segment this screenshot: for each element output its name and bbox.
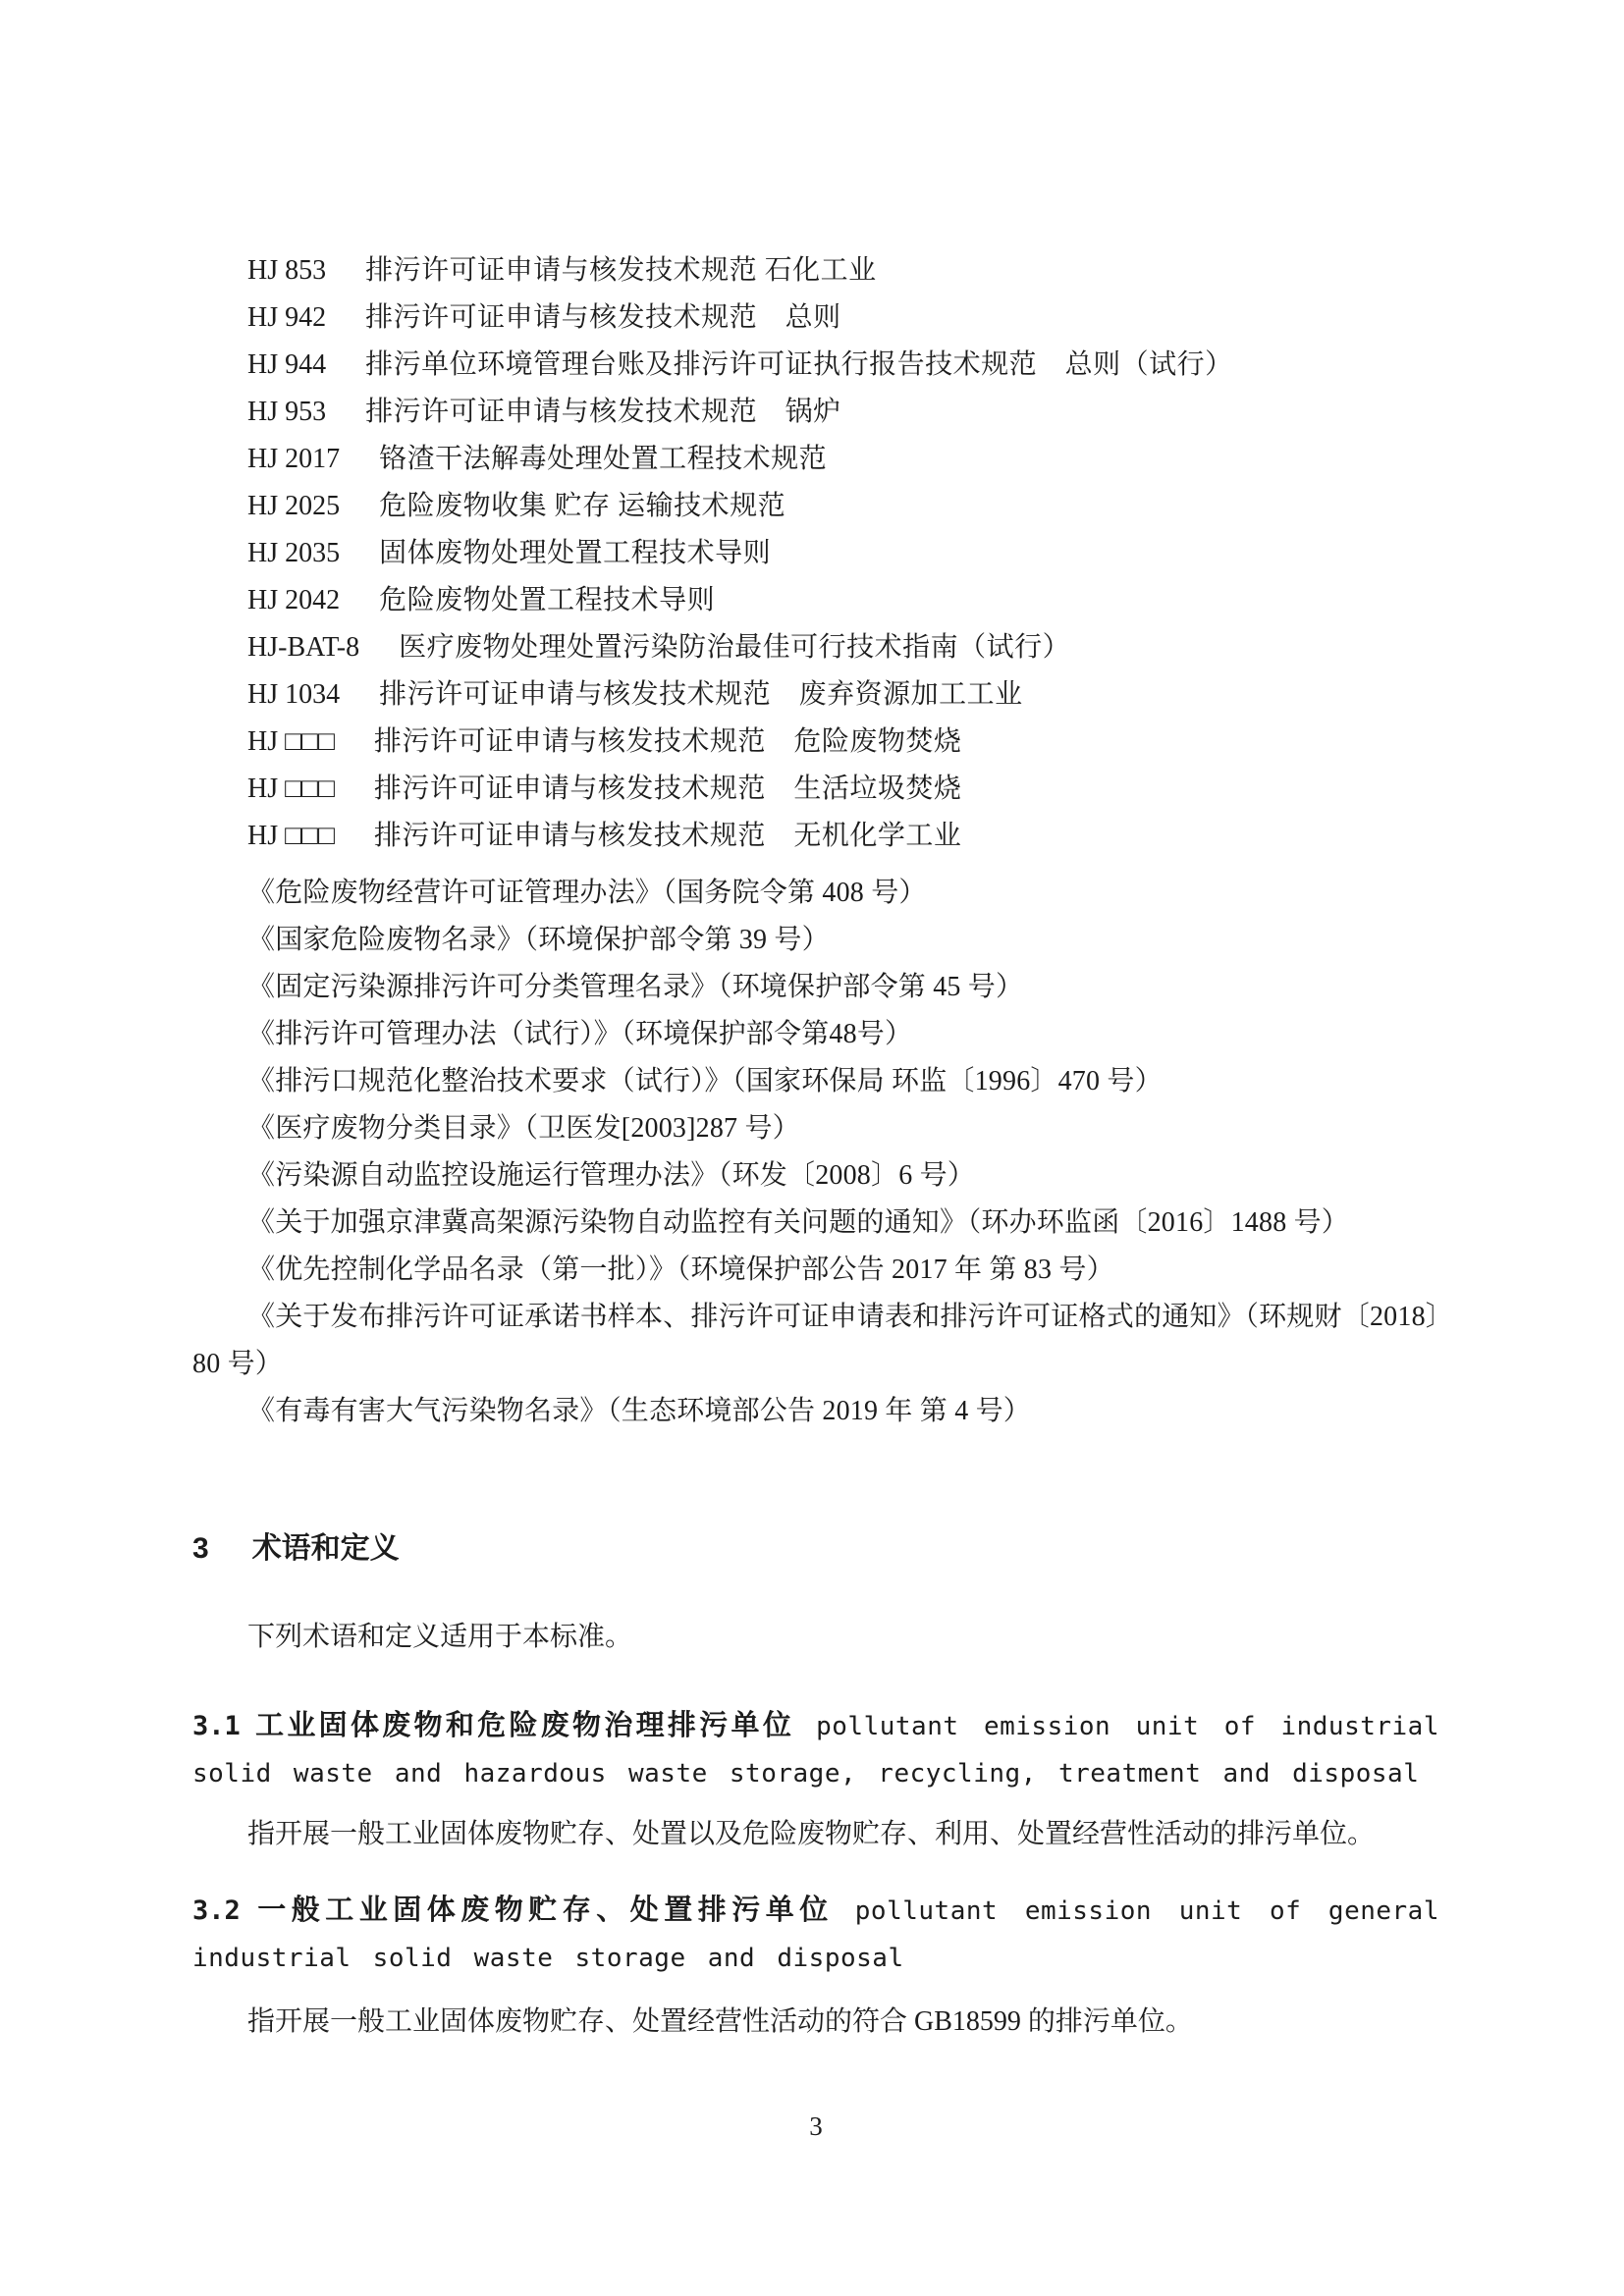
standard-item: HJ □□□排污许可证申请与核发技术规范 无机化学工业 bbox=[192, 813, 1439, 860]
standard-title: 医疗废物处理处置污染防治最佳可行技术指南（试行） bbox=[399, 632, 1070, 663]
regulation-item: 《危险废物经营许可证管理办法》（国务院令第 408 号） bbox=[192, 870, 1439, 917]
term-3-1: 3.1工业固体废物和危险废物治理排污单位pollutant emission u… bbox=[192, 1702, 1439, 1858]
standard-title: 危险废物收集 贮存 运输技术规范 bbox=[379, 491, 785, 521]
standard-item: HJ-BAT-8医疗废物处理处置污染防治最佳可行技术指南（试行） bbox=[192, 624, 1439, 671]
standard-code: HJ □□□ bbox=[247, 719, 335, 766]
standard-title: 排污许可证申请与核发技术规范 危险废物焚烧 bbox=[374, 726, 962, 757]
standard-item: HJ 953排污许可证申请与核发技术规范 锅炉 bbox=[192, 389, 1439, 436]
standard-code: HJ 2042 bbox=[247, 577, 340, 624]
standard-code: HJ □□□ bbox=[247, 813, 335, 860]
section-title: 术语和定义 bbox=[252, 1532, 400, 1565]
regulation-item: 《污染源自动监控设施运行管理办法》（环发〔2008〕6 号） bbox=[192, 1152, 1439, 1200]
term-name-zh: 一般工业固体废物贮存、处置排污单位 bbox=[252, 1895, 834, 1926]
standard-title: 排污许可证申请与核发技术规范 废弃资源加工工业 bbox=[379, 679, 1023, 710]
standard-title: 排污许可证申请与核发技术规范 总则 bbox=[365, 302, 841, 333]
term-heading: 3.2一般工业固体废物贮存、处置排污单位pollutant emission u… bbox=[192, 1887, 1439, 1982]
document-page: HJ 853排污许可证申请与核发技术规范 石化工业 HJ 942排污许可证申请与… bbox=[0, 0, 1624, 2296]
regulation-item: 《排污许可管理办法（试行）》（环境保护部令第48号） bbox=[192, 1011, 1439, 1058]
standard-code: HJ-BAT-8 bbox=[247, 624, 359, 671]
standard-title: 排污许可证申请与核发技术规范 无机化学工业 bbox=[374, 821, 962, 851]
regulation-item: 《医疗废物分类目录》（卫医发[2003]287 号） bbox=[192, 1105, 1439, 1152]
section-3-heading: 3术语和定义 bbox=[192, 1525, 1439, 1573]
regulation-item: 《优先控制化学品名录（第一批）》（环境保护部公告 2017 年 第 83 号） bbox=[192, 1247, 1439, 1294]
term-number: 3.2 bbox=[192, 1896, 241, 1926]
term-heading: 3.1工业固体废物和危险废物治理排污单位pollutant emission u… bbox=[192, 1702, 1439, 1797]
standard-item: HJ □□□排污许可证申请与核发技术规范 生活垃圾焚烧 bbox=[192, 766, 1439, 813]
section-3-intro: 下列术语和定义适用于本标准。 bbox=[192, 1614, 1439, 1661]
regulation-item: 《有毒有害大气污染物名录》（生态环境部公告 2019 年 第 4 号） bbox=[192, 1388, 1439, 1435]
regulation-item: 《关于加强京津冀高架源污染物自动监控有关问题的通知》（环办环监函〔2016〕14… bbox=[192, 1200, 1439, 1247]
section-number: 3 bbox=[192, 1525, 209, 1573]
standard-title: 危险废物处置工程技术导则 bbox=[379, 585, 715, 615]
standard-item: HJ 944排污单位环境管理台账及排污许可证执行报告技术规范 总则（试行） bbox=[192, 342, 1439, 389]
standard-item: HJ 2025危险废物收集 贮存 运输技术规范 bbox=[192, 483, 1439, 530]
standard-item: HJ 2035固体废物处理处置工程技术导则 bbox=[192, 530, 1439, 577]
standard-code: HJ 944 bbox=[247, 342, 326, 389]
standard-item: HJ 853排污许可证申请与核发技术规范 石化工业 bbox=[192, 247, 1439, 294]
standard-item: HJ □□□排污许可证申请与核发技术规范 危险废物焚烧 bbox=[192, 719, 1439, 766]
standard-code: HJ 2035 bbox=[247, 530, 340, 577]
standard-title: 排污许可证申请与核发技术规范 石化工业 bbox=[365, 255, 877, 286]
term-3-2: 3.2一般工业固体废物贮存、处置排污单位pollutant emission u… bbox=[192, 1887, 1439, 2046]
regulation-item: 《国家危险废物名录》（环境保护部令第 39 号） bbox=[192, 917, 1439, 964]
standard-code: HJ 1034 bbox=[247, 671, 340, 719]
standard-item: HJ 2042危险废物处置工程技术导则 bbox=[192, 577, 1439, 624]
standard-item: HJ 942排污许可证申请与核发技术规范 总则 bbox=[192, 294, 1439, 342]
standard-title: 固体废物处理处置工程技术导则 bbox=[379, 538, 771, 568]
term-definition: 指开展一般工业固体废物贮存、处置以及危险废物贮存、利用、处置经营性活动的排污单位… bbox=[192, 1811, 1439, 1858]
term-name-zh: 工业固体废物和危险废物治理排污单位 bbox=[252, 1710, 794, 1741]
regulation-item: 《排污口规范化整治技术要求（试行）》（国家环保局 环监〔1996〕470 号） bbox=[192, 1058, 1439, 1105]
regulations-reference-list: 《危险废物经营许可证管理办法》（国务院令第 408 号） 《国家危险废物名录》（… bbox=[192, 870, 1439, 1435]
standard-title: 排污许可证申请与核发技术规范 生活垃圾焚烧 bbox=[374, 774, 962, 804]
term-definition: 指开展一般工业固体废物贮存、处置经营性活动的符合 GB18599 的排污单位。 bbox=[192, 1999, 1439, 2046]
standard-code: HJ 953 bbox=[247, 389, 326, 436]
standard-code: HJ 853 bbox=[247, 247, 326, 294]
standard-title: 排污许可证申请与核发技术规范 锅炉 bbox=[365, 397, 841, 427]
regulation-item: 《固定污染源排污许可分类管理名录》（环境保护部令第 45 号） bbox=[192, 964, 1439, 1011]
standard-code: HJ 942 bbox=[247, 294, 326, 342]
standard-title: 排污单位环境管理台账及排污许可证执行报告技术规范 总则（试行） bbox=[365, 349, 1233, 380]
standard-code: HJ □□□ bbox=[247, 766, 335, 813]
standard-title: 铬渣干法解毒处理处置工程技术规范 bbox=[379, 444, 827, 474]
standard-item: HJ 1034排污许可证申请与核发技术规范 废弃资源加工工业 bbox=[192, 671, 1439, 719]
term-number: 3.1 bbox=[192, 1711, 241, 1741]
standard-item: HJ 2017铬渣干法解毒处理处置工程技术规范 bbox=[192, 436, 1439, 483]
standard-code: HJ 2025 bbox=[247, 483, 340, 530]
standard-code: HJ 2017 bbox=[247, 436, 340, 483]
page-number: 3 bbox=[192, 2107, 1439, 2146]
standards-reference-list: HJ 853排污许可证申请与核发技术规范 石化工业 HJ 942排污许可证申请与… bbox=[192, 247, 1439, 860]
regulation-item: 《关于发布排污许可证承诺书样本、排污许可证申请表和排污许可证格式的通知》（环规财… bbox=[192, 1294, 1439, 1388]
